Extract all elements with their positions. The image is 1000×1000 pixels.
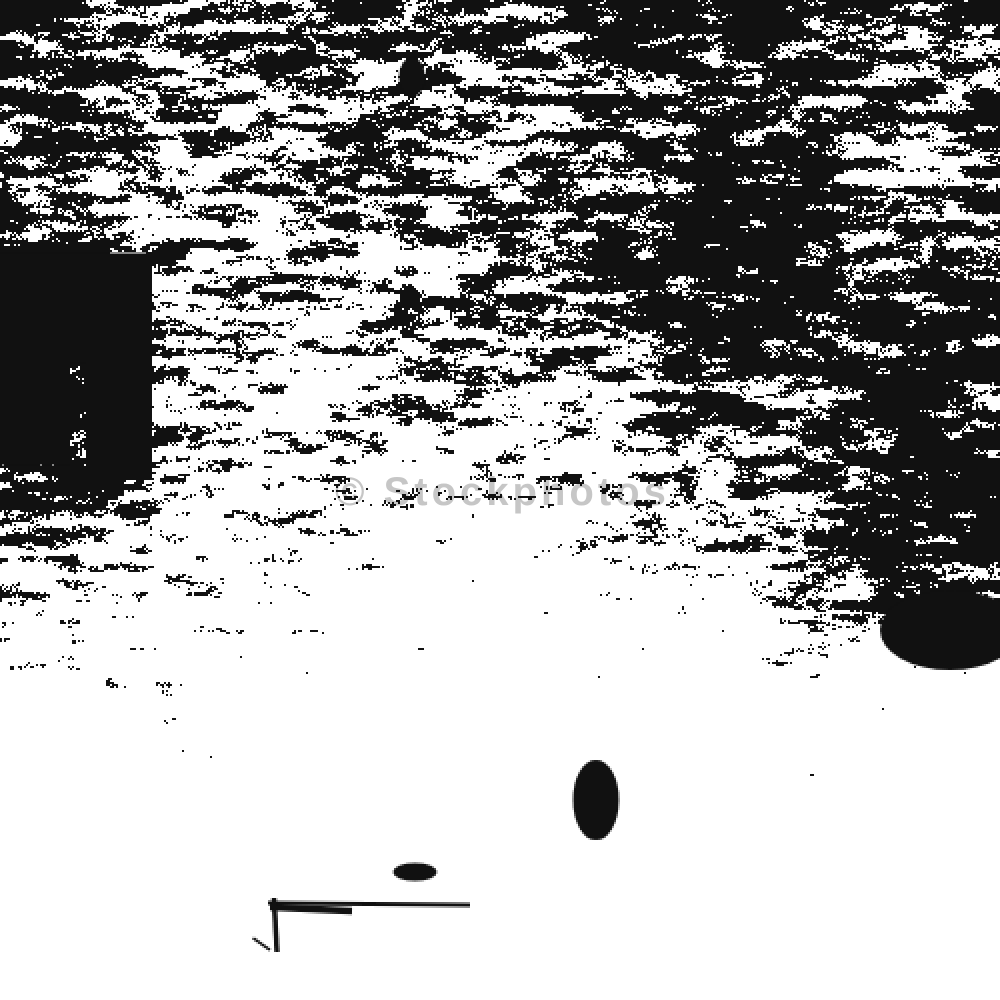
grunge-texture-image: © Stockphotos [0, 0, 1000, 1000]
grunge-noise-canvas [0, 0, 1000, 1000]
